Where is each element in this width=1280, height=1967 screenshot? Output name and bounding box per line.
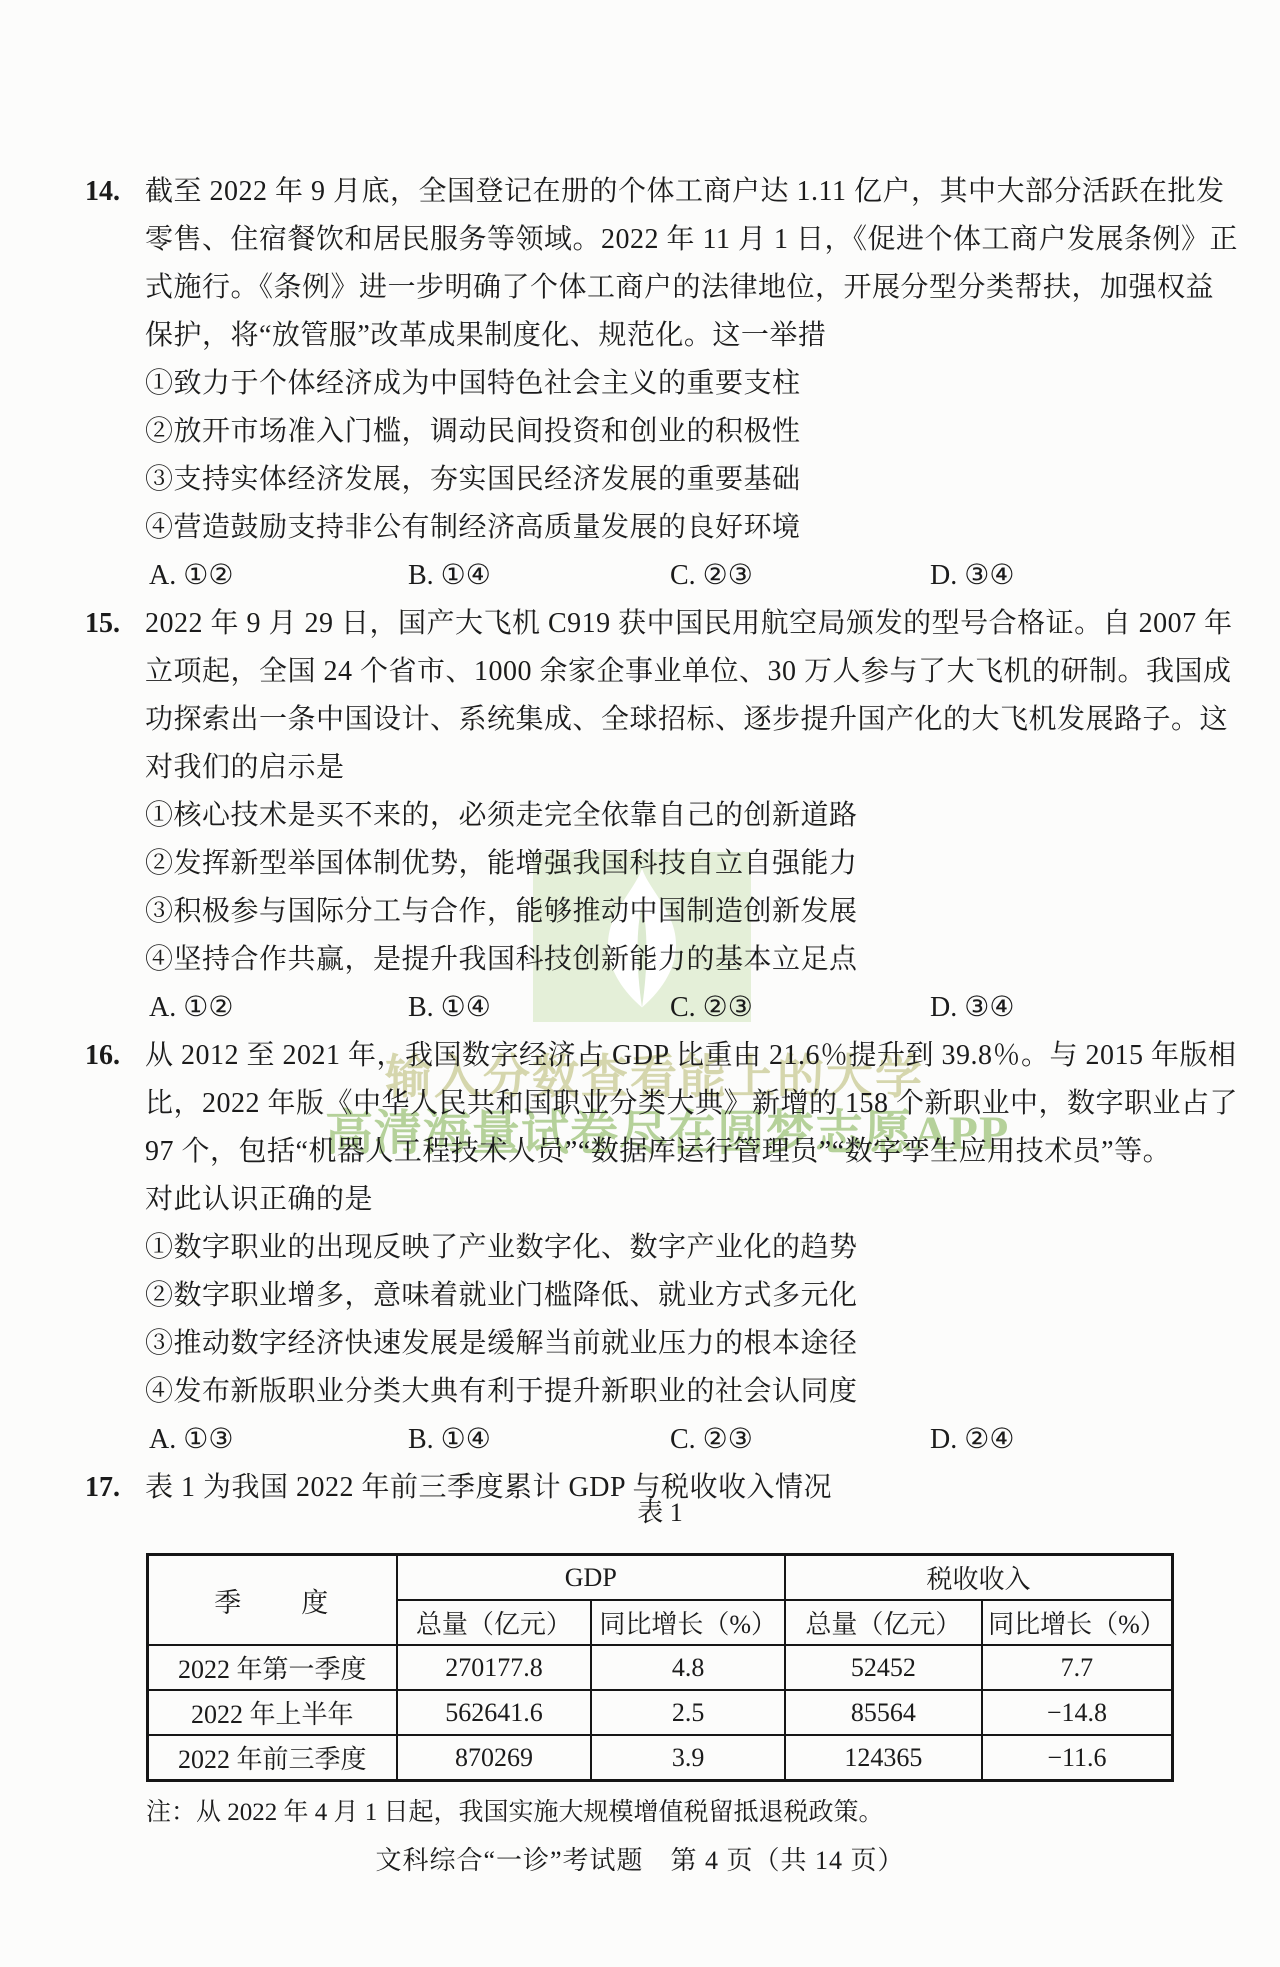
- table-header-row: 季 度 GDP 税收收入: [148, 1555, 1173, 1601]
- option-b: B. ①④: [408, 984, 491, 1032]
- row-label: 2022 年第一季度: [148, 1645, 397, 1690]
- cell-tax-total: 124365: [785, 1735, 982, 1781]
- question-16: 16. 从 2012 至 2021 年，我国数字经济占 GDP 比重由 21.6…: [145, 1032, 1215, 1464]
- cell-gdp-total: 562641.6: [397, 1690, 592, 1735]
- question-number: 16.: [85, 1032, 120, 1080]
- header-quarter: 季 度: [148, 1555, 397, 1646]
- option-a: A. ①③: [149, 1416, 233, 1464]
- cell-gdp-growth: 4.8: [591, 1645, 785, 1690]
- question-number: 15.: [85, 600, 120, 648]
- question-line: 97 个，包括“机器人工程技术人员”“数据库运行管理员”“数字孪生应用技术员”等…: [145, 1128, 1215, 1176]
- header-gdp: GDP: [397, 1555, 785, 1601]
- cell-tax-growth: −11.6: [982, 1735, 1173, 1781]
- option-d: D. ③④: [930, 984, 1014, 1032]
- cell-gdp-growth: 2.5: [591, 1690, 785, 1735]
- choice-item-4: ④营造鼓励支持非公有制经济高质量发展的良好环境: [145, 504, 1215, 552]
- option-a: A. ①②: [149, 984, 233, 1032]
- question-line: 对我们的启示是: [145, 744, 1215, 792]
- subheader-tax-growth: 同比增长（%）: [982, 1600, 1173, 1645]
- cell-gdp-growth: 3.9: [591, 1735, 785, 1781]
- cell-tax-total: 85564: [785, 1690, 982, 1735]
- option-d: D. ②④: [930, 1416, 1014, 1464]
- page-footer: 文科综合“一诊”考试题 第 4 页（共 14 页）: [0, 1840, 1280, 1877]
- option-d: D. ③④: [930, 552, 1014, 600]
- choice-item-3: ③积极参与国际分工与合作，能够推动中国制造创新发展: [145, 888, 1215, 936]
- table-footnote: 注：从 2022 年 4 月 1 日起，我国实施大规模增值税留抵退税政策。: [146, 1792, 884, 1828]
- option-c: C. ②③: [670, 552, 753, 600]
- gdp-tax-table: 季 度 GDP 税收收入 总量（亿元） 同比增长（%） 总量（亿元） 同比增长（…: [146, 1553, 1174, 1782]
- choice-item-1: ①数字职业的出现反映了产业数字化、数字产业化的趋势: [145, 1224, 1215, 1272]
- cell-tax-growth: −14.8: [982, 1690, 1173, 1735]
- cell-gdp-total: 270177.8: [397, 1645, 592, 1690]
- question-line: 式施行。《条例》进一步明确了个体工商户的法律地位，开展分型分类帮扶，加强权益: [145, 264, 1215, 312]
- subheader-gdp-total: 总量（亿元）: [397, 1600, 592, 1645]
- question-14: 14. 截至 2022 年 9 月底，全国登记在册的个体工商户达 1.11 亿户…: [145, 168, 1215, 600]
- choice-item-1: ①致力于个体经济成为中国特色社会主义的重要支柱: [145, 360, 1215, 408]
- row-label: 2022 年上半年: [148, 1690, 397, 1735]
- choice-item-2: ②发挥新型举国体制优势，能增强我国科技自立自强能力: [145, 840, 1215, 888]
- header-tax: 税收收入: [785, 1555, 1172, 1601]
- choice-item-4: ④坚持合作共赢，是提升我国科技创新能力的基本立足点: [145, 936, 1215, 984]
- question-line: 截至 2022 年 9 月底，全国登记在册的个体工商户达 1.11 亿户，其中大…: [145, 168, 1215, 216]
- option-b: B. ①④: [408, 552, 491, 600]
- subheader-tax-total: 总量（亿元）: [785, 1600, 982, 1645]
- option-a: A. ①②: [149, 552, 233, 600]
- table-row: 2022 年第一季度 270177.8 4.8 52452 7.7: [148, 1645, 1173, 1690]
- table-caption: 表 1: [146, 1492, 1174, 1529]
- choice-item-1: ①核心技术是买不来的，必须走完全依靠自己的创新道路: [145, 792, 1215, 840]
- answer-options: A. ①② B. ①④ C. ②③ D. ③④: [145, 552, 1215, 600]
- choice-item-2: ②数字职业增多，意味着就业门槛降低、就业方式多元化: [145, 1272, 1215, 1320]
- cell-tax-total: 52452: [785, 1645, 982, 1690]
- question-line: 从 2012 至 2021 年，我国数字经济占 GDP 比重由 21.6％提升到…: [145, 1032, 1215, 1080]
- question-line: 功探索出一条中国设计、系统集成、全球招标、逐步提升国产化的大飞机发展路子。这: [145, 696, 1215, 744]
- exam-page: 输入分数查看能上的大学 高清海量试卷尽在圆梦志愿APP 14. 截至 2022 …: [0, 0, 1280, 1967]
- exam-content: 14. 截至 2022 年 9 月底，全国登记在册的个体工商户达 1.11 亿户…: [0, 0, 1280, 1967]
- question-15: 15. 2022 年 9 月 29 日，国产大飞机 C919 获中国民用航空局颁…: [145, 600, 1215, 1032]
- question-line: 2022 年 9 月 29 日，国产大飞机 C919 获中国民用航空局颁发的型号…: [145, 600, 1215, 648]
- cell-gdp-total: 870269: [397, 1735, 592, 1781]
- row-label: 2022 年前三季度: [148, 1735, 397, 1781]
- choice-item-4: ④发布新版职业分类大典有利于提升新职业的社会认同度: [145, 1368, 1215, 1416]
- choice-item-3: ③推动数字经济快速发展是缓解当前就业压力的根本途径: [145, 1320, 1215, 1368]
- question-line: 立项起，全国 24 个省市、1000 余家企事业单位、30 万人参与了大飞机的研…: [145, 648, 1215, 696]
- answer-options: A. ①② B. ①④ C. ②③ D. ③④: [145, 984, 1215, 1032]
- question-line: 保护，将“放管服”改革成果制度化、规范化。这一举措: [145, 312, 1215, 360]
- option-b: B. ①④: [408, 1416, 491, 1464]
- subheader-gdp-growth: 同比增长（%）: [591, 1600, 785, 1645]
- question-line: 对此认识正确的是: [145, 1176, 1215, 1224]
- table-row: 2022 年前三季度 870269 3.9 124365 −11.6: [148, 1735, 1173, 1781]
- question-number: 14.: [85, 168, 120, 216]
- table-row: 2022 年上半年 562641.6 2.5 85564 −14.8: [148, 1690, 1173, 1735]
- answer-options: A. ①③ B. ①④ C. ②③ D. ②④: [145, 1416, 1215, 1464]
- question-line: 比，2022 年版《中华人民共和国职业分类大典》新增的 158 个新职业中，数字…: [145, 1080, 1215, 1128]
- cell-tax-growth: 7.7: [982, 1645, 1173, 1690]
- question-line: 零售、住宿餐饮和居民服务等领域。2022 年 11 月 1 日，《促进个体工商户…: [145, 216, 1215, 264]
- choice-item-3: ③支持实体经济发展，夯实国民经济发展的重要基础: [145, 456, 1215, 504]
- option-c: C. ②③: [670, 1416, 753, 1464]
- question-number: 17.: [85, 1464, 120, 1512]
- choice-item-2: ②放开市场准入门槛，调动民间投资和创业的积极性: [145, 408, 1215, 456]
- option-c: C. ②③: [670, 984, 753, 1032]
